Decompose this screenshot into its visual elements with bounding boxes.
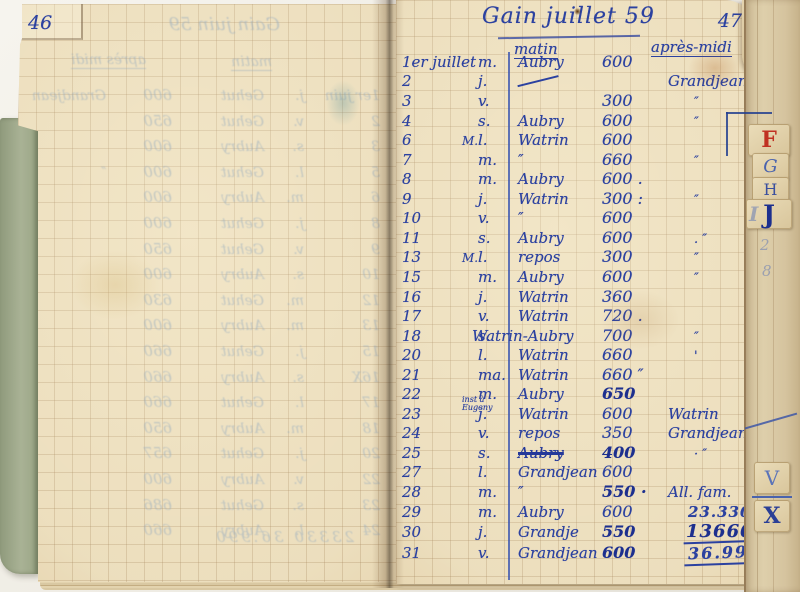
weekday-letter: j. [478,190,508,208]
left-page-number: 46 [28,12,52,34]
weekday-letter: m. [478,170,508,188]
weekday-letter: m. [274,421,304,437]
day-marker: M. [462,134,478,148]
weekday-letter: j. [478,523,508,541]
worker-name: Watrin [508,307,602,325]
worker-name: Gehut [172,165,274,181]
weekday-letter: l. [478,463,508,481]
table-row: 20 l. Watrin 660 ' [402,345,758,365]
table-row: 3 v. 300 ″ [402,91,758,111]
amount-value: 600 [602,111,660,130]
weekday-letter: v. [478,544,508,562]
weekday-letter: j. [274,88,304,104]
tab-letter: V [765,466,779,490]
notebook-scan: F G H J V X I 2 8 7 46 Gain juin 59 mati… [0,0,800,592]
amount-value: 600 [602,208,660,227]
day-number: 5 [320,165,380,181]
table-row: 2 j. Grandjean [402,72,758,92]
weekday-letter: m. [478,483,508,501]
amount-value: 600 [114,316,172,334]
worker-name: Aubry [172,472,274,488]
amount-value: 600 [114,265,172,283]
tab-letter: H [764,180,778,199]
amount-value: 300 [602,91,660,110]
worker-name: Gehut [172,446,274,462]
weekday-letter: s. [478,112,508,130]
day-number: 2 [320,114,380,130]
weekday-letter: s. [478,444,508,462]
worker-name: Gehut [172,216,274,232]
day-number: 10 [402,209,462,227]
table-row: 28 m. ″ 550 · All. fam. [402,482,758,502]
dash-stroke [517,75,558,87]
worker-name: Aubry [508,268,602,286]
tab-letter: F [761,127,777,153]
weekday-letter: m. [274,318,304,334]
worker-name: Gehut [172,498,274,514]
weekday-letter: s. [274,267,304,283]
index-tab-x: X [754,500,790,532]
table-row: 8 j. Gehut 600 [52,214,380,240]
day-number: 6 [320,190,380,206]
worker-name: Aubry [508,53,602,71]
amount-value: 600 [602,228,660,247]
amount-value: 300 : [602,189,660,208]
weekday-letter: s. [274,139,304,155]
worker-name: Aubry [508,112,602,130]
table-row: 16 j. Watrin 360 [402,287,758,307]
worker-name: Watrin [508,366,602,384]
table-row: 6 m. Aubry 600 [52,188,380,214]
faint-ink-mark: I [749,202,758,226]
worker-name: Grandjean [508,463,602,481]
worker-name: Watrin [508,405,602,423]
amount-value: 650 [114,240,172,258]
weekday-letter: j. [478,72,508,90]
amount-value: 660 ″ [602,365,660,384]
afternoon-note: ″ [52,165,114,181]
table-row: 18 m. Aubry 650 [52,419,380,445]
amount-value: 657 [114,444,172,462]
table-row: 31 v. Grandjean 600 36.990 [402,541,758,561]
table-row: 17 l. Gehut 660 [52,393,380,419]
table-row: 18 s. Watrin-Aubry 700 ″ [402,326,758,346]
amount-value: 600 [602,52,660,71]
index-tab-g: G [752,153,789,180]
right-page-number: 47 [718,10,742,32]
table-row: 22 m. Aubry 650 [402,384,758,404]
tab-letter: J [763,200,775,229]
title-underline [498,35,640,39]
weekday-letter: j. [478,288,508,306]
worker-name: repos [508,424,602,442]
amount-value: 600 [602,543,660,562]
day-number: 11 [402,229,462,247]
worker-name: Aubry [508,170,602,188]
table-row: 15 j. Gehut 660 [52,342,380,368]
worker-name: Watrin [508,288,602,306]
table-row: 9 v. Gehut 650 [52,240,380,266]
table-row: 2 v. Gehut 650 [52,112,380,138]
amount-value: 650 [114,419,172,437]
ink-bracket-line [726,112,728,156]
day-number: 3 [320,139,380,155]
weekday-letter: m. [274,293,304,309]
worker-name: Gehut [172,344,274,360]
left-page: 46 Gain juin 59 matin après midi 1er jui… [18,4,398,582]
worker-name: Aubry [508,385,602,403]
amount-value: 600 . [602,169,660,188]
table-row: 25 s. Aubry 400 · ″ [402,443,758,463]
table-row: 8 m. Aubry 600 . [402,169,758,189]
faint-ink-mark: 2 [760,236,770,254]
bleed-through-writing: Gain juin 59 matin après midi 1er juin j… [52,8,384,574]
ghost-title: Gain juin 59 [169,14,280,35]
worker-name: Aubry [508,444,602,462]
weekday-letter: l. [274,395,304,411]
weekday-letter: l. [274,165,304,181]
ghost-totals: 23330 36.990 [213,528,354,546]
worker-name: Aubry [172,318,274,334]
day-number: 30 [402,523,462,541]
amount-value: 600 [114,86,172,104]
table-row: 13 m. Aubry 600 [52,316,380,342]
amount-value: 660 [602,150,660,169]
worker-name: Watrin [508,190,602,208]
table-row: 29 m. Aubry 600 23.330 [402,502,758,522]
day-number: 16 [402,288,462,306]
worker-name: Watrin [508,131,602,149]
worker-name: Grandje [508,523,602,541]
weekday-letter: l. [478,248,508,266]
ghost-rows: 1er juin j. Gehut 600 Grandjean 2 v. Geh… [52,86,380,547]
worker-name: Gehut [172,242,274,258]
weekday-letter: s. [478,327,508,345]
weekday-letter: m. [478,53,508,71]
worker-name: Gehut [172,395,274,411]
weekday-letter: v. [274,242,304,258]
day-number: 12 [320,293,380,309]
day-number: 22 [320,472,380,488]
table-row: 4 s. Aubry 600 ″ [402,111,758,131]
day-number: 1er juillet [402,53,462,71]
day-number: 15 [320,344,380,360]
worker-name: Aubry [172,421,274,437]
worker-name: ″ [508,151,602,169]
day-number: 17 [320,395,380,411]
amount-value: 360 [602,287,660,306]
worker-name: Gehut [172,88,274,104]
worker-name: ″ [508,483,602,501]
afternoon-note: Grandjean [32,88,114,104]
amount-value: 600 [602,502,660,521]
amount-value: 600 [602,404,660,423]
weekday-letter: s. [478,229,508,247]
amount-value: 600 [114,214,172,232]
table-row: 5 l. Gehut 600 ″ [52,163,380,189]
weekday-letter: v. [478,209,508,227]
worker-name: Aubry [172,139,274,155]
table-row: 21 ma. Watrin 660 ″ [402,365,758,385]
table-row: 17 v. Watrin 720 . [402,306,758,326]
amount-value: 400 [602,443,660,462]
worker-name: Aubry [172,370,274,386]
table-row: 20 j. Gehut 657 [52,444,380,470]
binding-gutter-shadow [372,0,404,588]
entry-rows: 1er juillet m. Aubry 600 2 j. Grandjean … [402,52,758,560]
day-number: 6 [402,131,462,149]
day-number: 18 [320,421,380,437]
table-row: 9 j. Watrin 300 : ″ [402,189,758,209]
page-title: Gain juillet 59 [482,4,655,29]
worker-name [508,72,602,90]
worker-name: repos [508,248,602,266]
amount-value: 660 [114,521,172,539]
amount-value: 660 [114,368,172,386]
table-row: 23 s. Gehut 686 [52,496,380,522]
worker-name: Gehut [172,114,274,130]
day-number: 24 [402,424,462,442]
amount-value: 600 [114,163,172,181]
day-number: 25 [402,444,462,462]
weekday-letter: j. [274,216,304,232]
table-row: 7 m. ″ 660 ″ [402,150,758,170]
table-row: 12 m. Gehut 630 [52,291,380,317]
notebook-cover [0,118,38,574]
amount-value: 686 [114,496,172,514]
day-number: 8 [402,170,462,188]
amount-value: 650 [114,112,172,130]
weekday-letter: l. [478,346,508,364]
table-row: 3 s. Aubry 600 [52,137,380,163]
amount-value: 350 [602,423,660,442]
day-number: 31 [402,544,462,562]
day-number: 10 [320,267,380,283]
weekday-letter: ma. [478,366,508,384]
day-number: 4 [402,112,462,130]
table-row: 27 l. Grandjean 600 [402,462,758,482]
table-row: 22 v. Aubry 600 [52,470,380,496]
tab-letter: X [763,503,780,529]
day-number: 9 [320,242,380,258]
weekday-letter: v. [274,114,304,130]
weekday-letter: m. [274,190,304,206]
day-marker: M. [462,251,478,265]
worker-name: Grandjean [508,544,602,562]
day-number: 21 [402,366,462,384]
table-row: 1er juillet m. Aubry 600 [402,52,758,72]
index-tab-f: F [748,124,790,156]
weekday-letter: m. [478,151,508,169]
table-row: 24 v. repos 350 Grandjean [402,423,758,443]
day-number: 22 [402,385,462,403]
amount-value: 600 [114,137,172,155]
day-number: 3 [402,92,462,110]
weekday-letter: l. [478,131,508,149]
day-number: 27 [402,463,462,481]
margin-note: inst à Eugeny [462,396,502,412]
day-number: 13 [402,248,462,266]
table-row: 6 M. l. Watrin 600 [402,130,758,150]
worker-name: Gehut [172,293,274,309]
weekday-letter: v. [478,307,508,325]
table-row: 13 M. l. repos 300 ″ [402,247,758,267]
table-row: 15 m. Aubry 600 ″ [402,267,758,287]
amount-value: 600 [602,130,660,149]
day-number: 23 [320,498,380,514]
day-number: 13 [320,318,380,334]
day-number: 16X [320,370,380,386]
worker-name: Aubry [172,267,274,283]
tab-v-underline [752,496,792,498]
table-row: 1er juin j. Gehut 600 Grandjean [52,86,380,112]
amount-value: 700 [602,326,660,345]
weekday-letter: m. [478,503,508,521]
weekday-letter: j. [274,344,304,360]
amount-value: 300 [602,247,660,266]
day-number: 9 [402,190,462,208]
day-number: 1er juin [320,88,380,104]
ghost-header-apres-midi: après midi [71,52,146,69]
weekday-letter: j.inst à Eugeny [478,405,508,423]
day-number: 15 [402,268,462,286]
amount-value: 660 [114,342,172,360]
amount-value: 600 [114,188,172,206]
worker-name: Aubry [508,503,602,521]
amount-value: 660 [602,345,660,364]
table-row: 11 s. Aubry 600 . ″ [402,228,758,248]
day-number: 20 [402,346,462,364]
ink-bracket-line [726,112,772,114]
day-number: 7 [402,151,462,169]
weekday-letter: v. [478,92,508,110]
day-number: 20 [320,446,380,462]
worker-name: Watrin [508,346,602,364]
amount-value: 660 [114,393,172,411]
day-number: 28 [402,483,462,501]
ghost-header-matin: matin [231,54,272,71]
table-row: 23 j.inst à Eugeny Watrin 600 Watrin [402,404,758,424]
weekday-letter: m. [478,268,508,286]
weekday-letter: s. [274,370,304,386]
table-row: 30 j. Grandje 550 13660 [402,521,758,541]
weekday-letter: j. [274,446,304,462]
weekday-letter: s. [274,498,304,514]
table-row: 10 v. ″ 600 [402,208,758,228]
amount-value: 600 [114,470,172,488]
faint-ink-mark: 8 [762,262,772,280]
day-number: 29 [402,503,462,521]
right-page: 47 Gain juillet 59 matin après-midi 1er … [396,0,758,584]
amount-value: 550 · [602,482,660,501]
amount-value: 550 [602,522,660,541]
weekday-letter: v. [274,472,304,488]
amount-value: 630 [114,291,172,309]
day-number: 8 [320,216,380,232]
amount-value: 720 . [602,306,660,325]
amount-value: 600 [602,462,660,481]
day-number: 23 [402,405,462,423]
tab-letter: G [763,156,777,177]
amount-value: 600 [602,267,660,286]
weekday-letter: v. [478,424,508,442]
day-number: 18 [402,327,462,345]
index-tab-v: V [754,462,790,494]
day-number: 2 [402,72,462,90]
worker-name: ″ [508,209,602,227]
day-number: 17 [402,307,462,325]
table-row: 16X s. Aubry 660 [52,368,380,394]
worker-name: Aubry [172,190,274,206]
table-row: 10 s. Aubry 600 [52,265,380,291]
worker-name: Aubry [508,229,602,247]
amount-value: 650 [602,384,660,403]
